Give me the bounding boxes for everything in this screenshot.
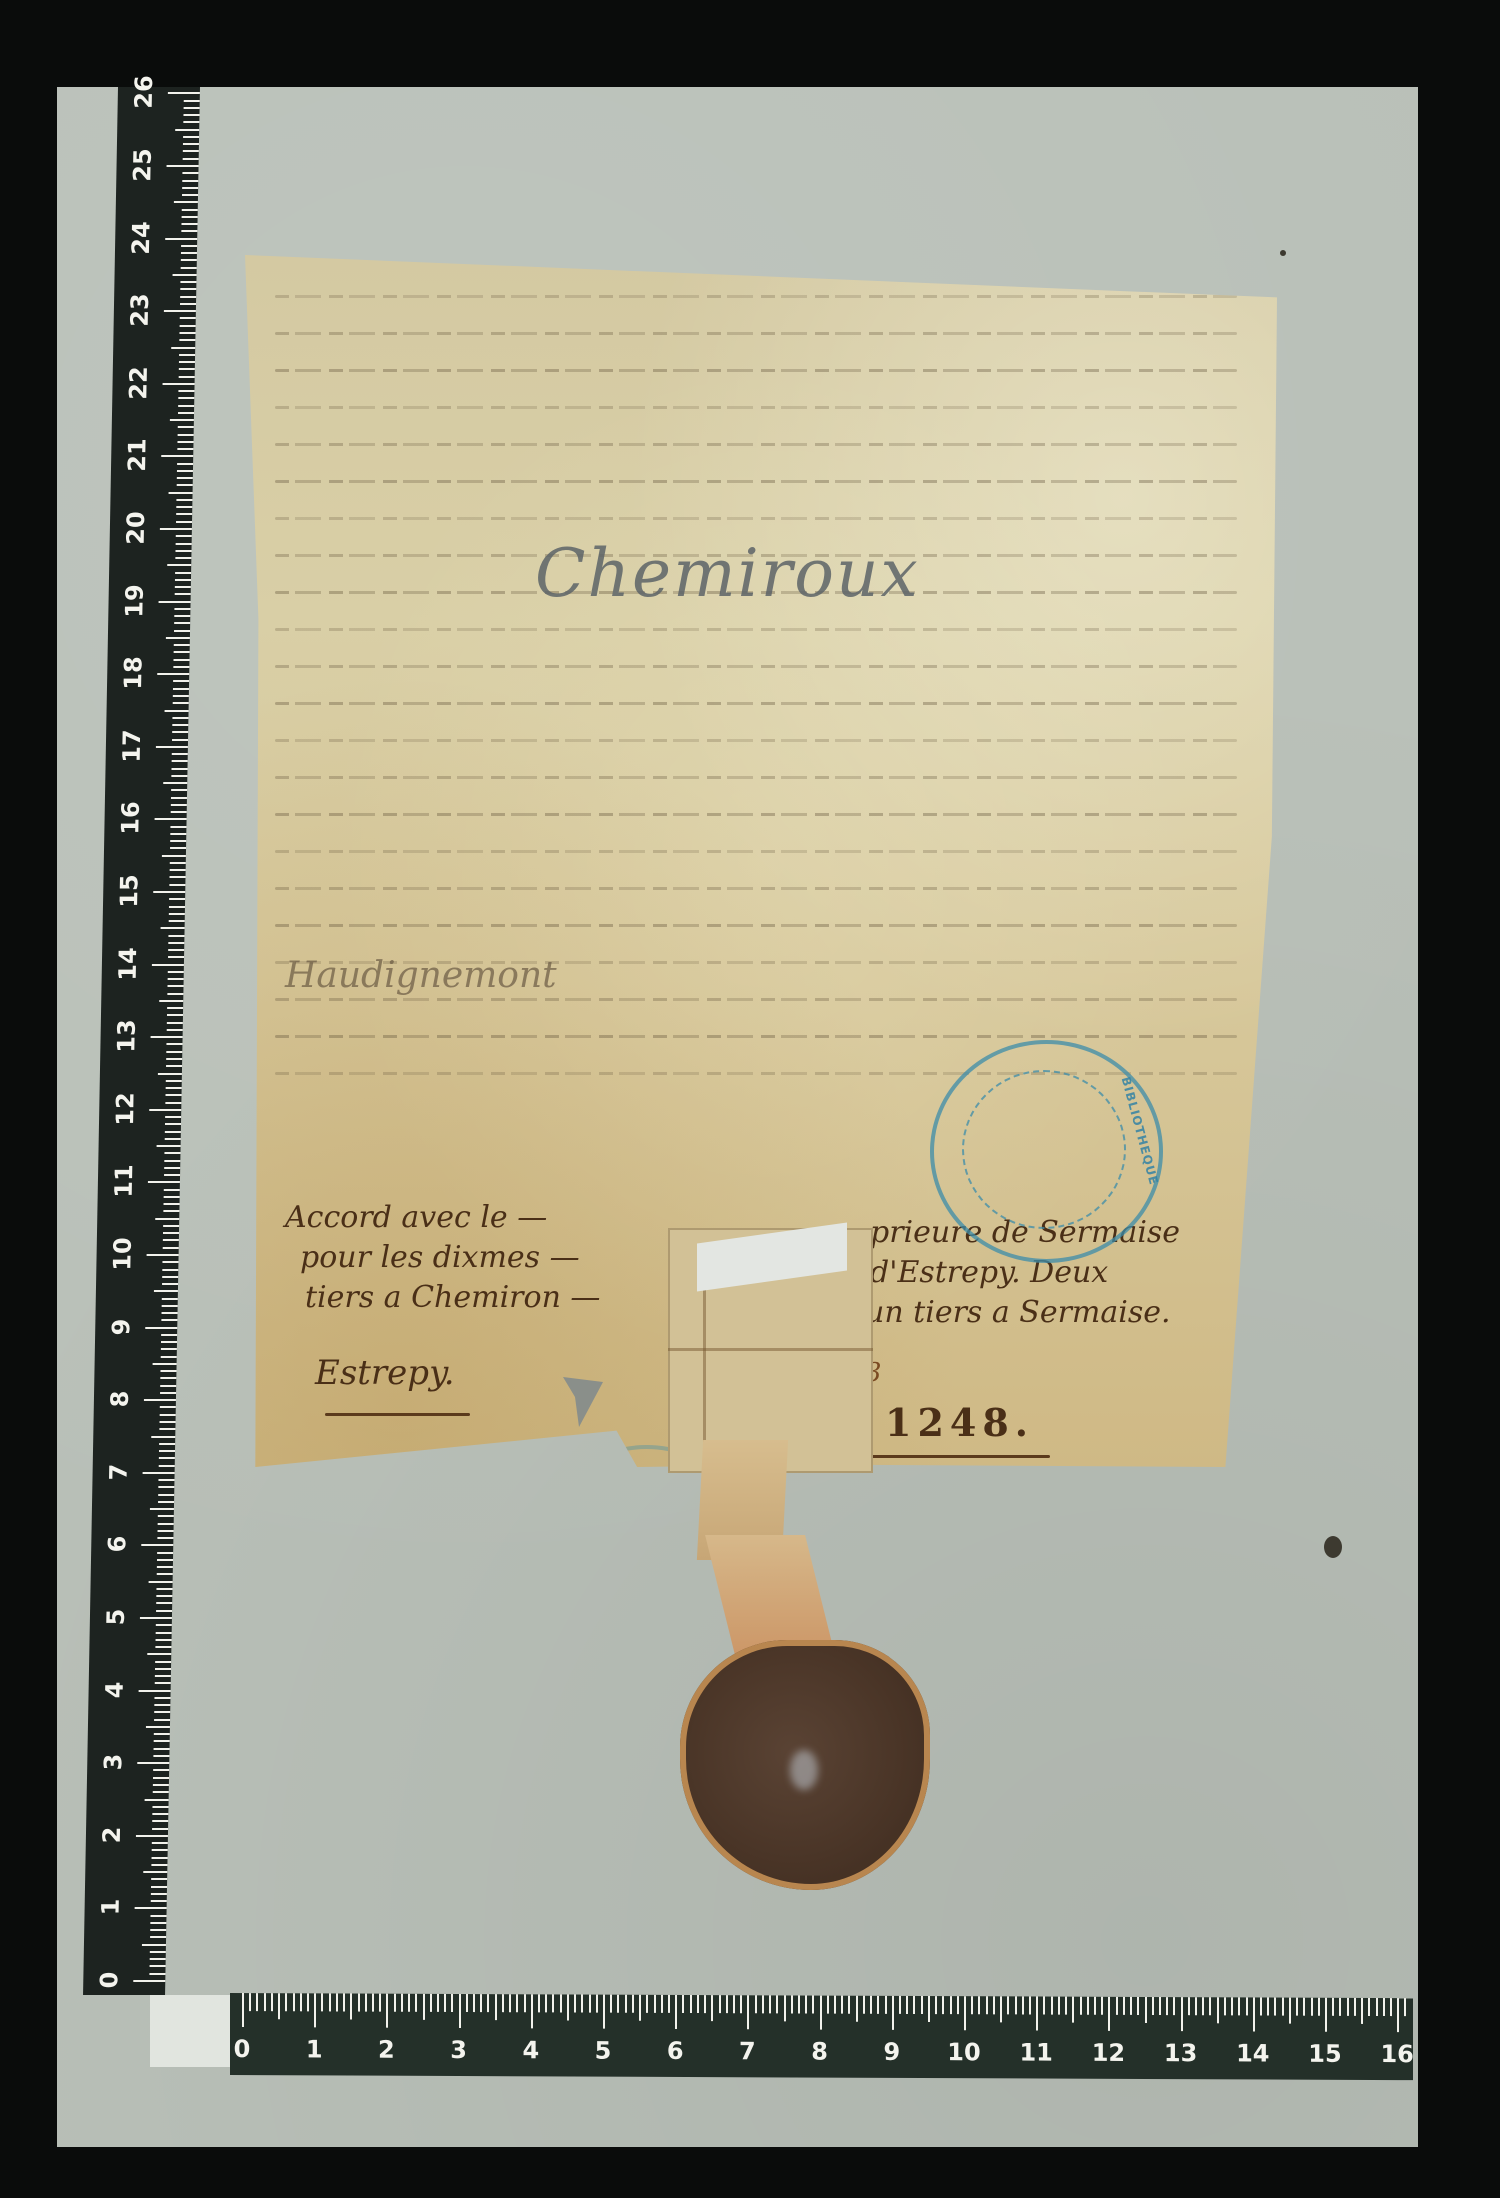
ruler-tick — [1137, 1997, 1139, 2015]
ruler-tick — [159, 1465, 175, 1467]
ruler-tick — [162, 855, 186, 857]
ruler-tick — [1101, 1997, 1103, 2015]
ruler-tick — [172, 760, 188, 762]
ruler-tick — [1195, 1997, 1197, 2015]
ruler-tick — [181, 252, 197, 254]
ruler-tick — [1130, 1997, 1132, 2015]
charter-text-line — [275, 369, 1237, 372]
name-line: Haudignemont — [285, 955, 557, 996]
ruler-tick — [1108, 1997, 1110, 2031]
ruler-tick — [160, 1385, 176, 1387]
ruler-tick — [1354, 1998, 1356, 2016]
ruler-tick — [144, 1399, 176, 1401]
ruler-tick — [1058, 1997, 1060, 2015]
ruler-tick — [157, 1566, 173, 1568]
ruler-tick — [145, 1799, 169, 1801]
ruler-tick — [1282, 1998, 1284, 2016]
annotation-right-line-2: d'Estrepy. Deux — [870, 1255, 1108, 1291]
ruler-tick — [567, 1994, 569, 2020]
ruler-tick — [632, 1995, 634, 2013]
ruler-tick — [437, 1994, 439, 2012]
ruler-tick — [175, 586, 191, 588]
ruler-label: 13 — [1161, 2039, 1201, 2067]
ruler-tick — [167, 1014, 183, 1016]
ruler-tick — [146, 1726, 170, 1728]
dust-speck — [1280, 250, 1286, 256]
ruler-tick — [877, 1996, 879, 2014]
ruler-tick — [153, 1769, 169, 1771]
ruler-tick — [863, 1996, 865, 2014]
ruler-label: 14 — [1233, 2039, 1273, 2067]
ruler-tick — [166, 1051, 182, 1053]
ruler-tick — [183, 158, 199, 160]
ruler-tick — [156, 746, 188, 748]
ruler-tick — [159, 1000, 183, 1002]
ruler-label: 3 — [99, 1742, 128, 1782]
ruler-tick — [167, 165, 199, 167]
ruler-tick — [183, 143, 199, 145]
ruler-tick — [162, 1283, 178, 1285]
ruler-tick — [167, 993, 183, 995]
ruler-label: 9 — [872, 2038, 912, 2066]
ruler-tick — [168, 92, 200, 94]
ruler-tick — [161, 1334, 177, 1336]
ruler-tick — [1007, 1996, 1009, 2014]
ruler-tick — [173, 702, 189, 704]
ruler-tick — [143, 1472, 175, 1474]
ruler-tick — [158, 1501, 174, 1503]
ruler-tick — [178, 390, 194, 392]
ruler-tick — [158, 1494, 174, 1496]
ruler-label: 23 — [126, 290, 155, 330]
ruler-tick — [394, 1994, 396, 2012]
ruler-tick — [172, 731, 188, 733]
ruler-tick — [423, 1994, 425, 2020]
ruler-tick — [668, 1995, 670, 2013]
ruler-tick — [415, 1994, 417, 2012]
ruler-tick — [173, 274, 197, 276]
ruler-tick — [163, 1232, 179, 1234]
ruler-tick — [386, 1994, 388, 2028]
annotation-left-place: Estrepy. — [315, 1355, 455, 1391]
fold-crease — [668, 1348, 873, 1351]
ruler-tick — [166, 1058, 182, 1060]
ruler-tick — [978, 1996, 980, 2014]
ruler-tick — [154, 1711, 170, 1713]
ruler-tick — [171, 347, 195, 349]
ruler-tick — [242, 1993, 244, 2027]
ruler-tick — [168, 956, 184, 958]
ruler-tick — [166, 1065, 182, 1067]
ruler-tick — [589, 1995, 591, 2013]
ruler-tick — [166, 1080, 182, 1082]
ruler-tick — [170, 847, 186, 849]
ruler-tick — [755, 1995, 757, 2013]
ruler-tick — [177, 484, 193, 486]
ruler-tick — [343, 1993, 345, 2011]
ruler-label: 1 — [96, 1887, 125, 1927]
ruler-tick — [178, 434, 194, 436]
ruler-tick — [183, 114, 199, 116]
ruler-tick — [820, 1996, 822, 2030]
ruler-tick — [1145, 1997, 1147, 2023]
ruler-tick — [180, 303, 196, 305]
ruler-tick — [150, 1922, 166, 1924]
ruler-tick — [151, 1878, 167, 1880]
ruler-tick — [158, 1515, 174, 1517]
ruler-tick — [164, 310, 196, 312]
ruler-tick — [177, 477, 193, 479]
ruler-tick — [733, 1995, 735, 2013]
ruler-tick — [1253, 1997, 1255, 2031]
ruler-label: 15 — [115, 871, 144, 911]
ruler-tick — [150, 1929, 166, 1931]
ruler-tick — [175, 129, 199, 131]
ruler-tick — [179, 354, 195, 356]
ruler-tick — [1159, 1997, 1161, 2015]
ruler-tick — [174, 644, 190, 646]
ruler-label: 12 — [111, 1089, 140, 1129]
ruler-label: 2 — [366, 2036, 406, 2064]
ruler-tick — [159, 1450, 175, 1452]
ruler-tick — [171, 797, 187, 799]
ruler-tick — [154, 1704, 170, 1706]
ruler-tick — [171, 804, 187, 806]
charter-text-line — [275, 443, 1237, 446]
ruler-tick — [1152, 1997, 1154, 2015]
ruler-tick — [154, 1733, 170, 1735]
ruler-tick — [169, 884, 185, 886]
ruler-tick — [1181, 1997, 1183, 2031]
annotation-right-line-3: un tiers a Sermaise. — [865, 1295, 1171, 1331]
charter-text-line — [275, 776, 1237, 779]
ruler-tick — [166, 637, 190, 639]
ruler-tick — [661, 1995, 663, 2013]
charter-text-line — [275, 406, 1237, 409]
ruler-tick — [581, 1995, 583, 2013]
ruler-tick — [1043, 1997, 1045, 2015]
ruler-tick — [155, 1675, 171, 1677]
ruler-tick — [168, 935, 184, 937]
ruler-label: 17 — [118, 726, 147, 766]
ruler-tick — [147, 1653, 171, 1655]
ruler-tick — [848, 1996, 850, 2014]
ruler-tick — [171, 789, 187, 791]
ruler-tick — [1209, 1997, 1211, 2015]
ruler-tick — [704, 1995, 706, 2013]
charter-text-line — [275, 998, 1237, 1001]
ruler-tick — [165, 1123, 181, 1125]
ruler-tick — [1022, 1996, 1024, 2014]
ruler-tick — [1361, 1998, 1363, 2024]
ruler-tick — [161, 455, 193, 457]
ruler-tick — [271, 1993, 273, 2011]
ruler-tick — [156, 1624, 172, 1626]
ruler-tick — [1274, 1998, 1276, 2016]
ruler-label: 3 — [439, 2036, 479, 2064]
ruler-tick — [182, 209, 198, 211]
ruler-tick — [473, 1994, 475, 2012]
ruler-tick — [179, 339, 195, 341]
ruler-label: 15 — [1305, 2040, 1345, 2068]
ruler-tick — [153, 891, 185, 893]
ruler-tick — [164, 1203, 180, 1205]
ruler-tick — [711, 1995, 713, 2021]
ruler-tick — [176, 535, 192, 537]
ruler-tick — [154, 1740, 170, 1742]
ruler-tick — [307, 1993, 309, 2011]
ruler-tick — [617, 1995, 619, 2013]
ruler-tick — [1347, 1998, 1349, 2016]
ruler-tick — [158, 1523, 174, 1525]
ruler-tick — [1015, 1996, 1017, 2014]
ruler-tick — [682, 1995, 684, 2013]
ruler-tick — [249, 1993, 251, 2011]
ruler-tick — [1318, 1998, 1320, 2016]
ruler-tick — [150, 1951, 166, 1953]
ruler-tick — [165, 1116, 181, 1118]
ruler-tick — [159, 601, 191, 603]
ruler-tick — [921, 1996, 923, 2014]
ruler-tick — [152, 1820, 168, 1822]
ruler-tick — [157, 1552, 173, 1554]
ruler-tick — [173, 666, 189, 668]
ruler-tick — [350, 1994, 352, 2020]
ruler-tick — [358, 1994, 360, 2012]
ruler-tick — [183, 150, 199, 152]
charter-text-line — [275, 665, 1237, 668]
ruler-tick — [161, 1348, 177, 1350]
ruler-tick — [135, 1907, 167, 1909]
ruler-tick — [165, 238, 197, 240]
charter-text-line — [275, 332, 1237, 335]
charter-text-line — [275, 295, 1237, 298]
ruler-tick — [1296, 1998, 1298, 2016]
ruler-tick — [157, 1559, 173, 1561]
charter-text-line — [275, 739, 1237, 742]
ruler-tick — [164, 1152, 180, 1154]
ruler-tick — [153, 1363, 177, 1365]
ruler-tick — [1188, 1997, 1190, 2015]
ruler-tick — [174, 630, 190, 632]
ruler-label: 6 — [103, 1524, 132, 1564]
ruler-tick — [372, 1994, 374, 2012]
ruler-tick — [480, 1994, 482, 2012]
charter-text-line — [275, 813, 1237, 816]
ruler-tick — [170, 826, 186, 828]
ruler-tick — [1036, 1997, 1038, 2031]
ruler-tick — [610, 1995, 612, 2013]
ruler-label: 0 — [95, 1960, 124, 2000]
ruler-tick — [162, 1312, 178, 1314]
ruler-tick — [516, 1994, 518, 2012]
ruler-tick — [1303, 1998, 1305, 2016]
ruler-tick — [173, 680, 189, 682]
charter-text-line — [275, 924, 1237, 927]
ruler-tick — [150, 1936, 166, 1938]
ruler-tick — [156, 1602, 172, 1604]
ruler-tick — [179, 368, 195, 370]
ruler-tick — [154, 1290, 178, 1292]
ruler-label: 14 — [114, 944, 143, 984]
ruler-tick — [1087, 1997, 1089, 2015]
ruler-tick — [157, 1537, 173, 1539]
ruler-tick — [160, 1377, 176, 1379]
ruler-tick — [762, 1995, 764, 2013]
stamp-inner-ring — [962, 1070, 1126, 1229]
ruler-tick — [170, 833, 186, 835]
ruler-tick — [164, 1174, 180, 1176]
ruler-tick — [161, 927, 185, 929]
ruler-tick — [639, 1995, 641, 2021]
ruler-tick — [935, 1996, 937, 2014]
ruler-tick — [430, 1994, 432, 2012]
ruler-label: 16 — [116, 798, 145, 838]
ruler-tick — [1260, 1997, 1262, 2015]
ruler-tick — [487, 1994, 489, 2012]
ruler-tick — [174, 651, 190, 653]
ruler-tick — [133, 1980, 165, 1982]
ruler-tick — [174, 608, 190, 610]
ruler-tick — [1116, 1997, 1118, 2015]
ruler-tick — [314, 1993, 316, 2027]
ruler-tick — [180, 296, 196, 298]
ruler-tick — [726, 1995, 728, 2013]
ruler-tick — [172, 724, 188, 726]
ruler-tick — [176, 543, 192, 545]
ruler-tick — [169, 913, 185, 915]
ruler-tick — [1072, 1997, 1074, 2023]
ruler-tick — [142, 1944, 166, 1946]
ruler-tick — [149, 1973, 165, 1975]
ruler-tick — [164, 1196, 180, 1198]
ruler-tick — [1238, 1997, 1240, 2015]
ruler-tick — [169, 492, 193, 494]
ruler-label: 10 — [944, 2038, 984, 2066]
ruler-tick — [178, 405, 194, 407]
ruler-tick — [812, 1996, 814, 2014]
ruler-tick — [141, 1544, 173, 1546]
ruler-tick — [293, 1993, 295, 2011]
ruler-tick — [157, 1573, 173, 1575]
ruler-tick — [1094, 1997, 1096, 2015]
ruler-label: 11 — [110, 1161, 139, 1201]
ruler-tick — [152, 964, 184, 966]
ruler-tick — [784, 1995, 786, 2021]
ruler-tick — [740, 1995, 742, 2013]
ruler-tick — [906, 1996, 908, 2014]
ruler-tick — [175, 593, 191, 595]
ruler-tick — [167, 1022, 183, 1024]
ruler-tick — [177, 463, 193, 465]
ruler-tick — [172, 753, 188, 755]
ruler-tick — [172, 739, 188, 741]
ruler-tick — [892, 1996, 894, 2030]
ruler-tick — [154, 1697, 170, 1699]
ruler-tick — [182, 187, 198, 189]
ruler-tick — [161, 1356, 177, 1358]
ruler-tick — [170, 419, 194, 421]
ruler-tick — [1000, 1996, 1002, 2022]
ruler-tick — [899, 1996, 901, 2014]
ruler-tick — [1065, 1997, 1067, 2015]
ruler-tick — [174, 201, 198, 203]
ruler-tick — [152, 1813, 168, 1815]
ruler-tick — [603, 1995, 605, 2029]
ruler-tick — [538, 1994, 540, 2012]
ruler-tick — [164, 1160, 180, 1162]
ruler-tick — [177, 441, 193, 443]
ruler-tick — [156, 1639, 172, 1641]
ruler-label: 26 — [130, 72, 159, 112]
ruler-tick — [160, 1414, 176, 1416]
ruler-tick — [179, 332, 195, 334]
charter-year: 1248. — [885, 1405, 1034, 1441]
ruler-tick — [136, 1835, 168, 1837]
ruler-tick — [140, 1617, 172, 1619]
ruler-tick — [162, 1298, 178, 1300]
ruler-label: 4 — [511, 2036, 551, 2064]
ruler-tick — [139, 1690, 171, 1692]
library-stamp-right: BIBLIOTHEQUE — [930, 1040, 1163, 1263]
ruler-tick — [1390, 1998, 1392, 2016]
ruler-tick — [1051, 1997, 1053, 2015]
ruler-tick — [176, 521, 192, 523]
ruler-tick — [161, 1341, 177, 1343]
ruler-tick — [152, 1842, 168, 1844]
ruler-tick — [170, 862, 186, 864]
ruler-label: 1 — [294, 2035, 334, 2063]
ruler-tick — [143, 1871, 167, 1873]
ruler-tick — [163, 1210, 179, 1212]
ruler-tick — [502, 1994, 504, 2012]
ruler-tick — [159, 1428, 175, 1430]
ruler-tick — [175, 550, 191, 552]
ruler-tick — [1383, 1998, 1385, 2016]
annotation-left-line-1: Accord avec le — — [285, 1200, 547, 1236]
ruler-tick — [168, 978, 184, 980]
charter-text-line — [275, 628, 1237, 631]
ruler-tick — [150, 1958, 166, 1960]
ruler-tick — [178, 397, 194, 399]
ruler-tick — [1202, 1997, 1204, 2015]
ruler-tick — [885, 1996, 887, 2014]
ruler-label: 9 — [107, 1307, 136, 1347]
ruler-tick — [552, 1994, 554, 2012]
ruler-tick — [675, 1995, 677, 2029]
ruler-tick — [827, 1996, 829, 2014]
ruler-tick — [162, 1261, 178, 1263]
ruler-label: 20 — [122, 508, 151, 548]
ruler-tick — [184, 100, 200, 102]
ruler-tick — [182, 172, 198, 174]
ruler-tick — [178, 426, 194, 428]
ruler-label: 7 — [727, 2037, 767, 2065]
ruler-tick — [950, 1996, 952, 2014]
ruler-tick — [791, 1995, 793, 2013]
ruler-label: 8 — [800, 2037, 840, 2065]
ruler-tick — [466, 1994, 468, 2012]
ruler-tick — [160, 1370, 176, 1372]
ruler-tick — [150, 1915, 166, 1917]
ruler-tick — [164, 1167, 180, 1169]
ruler-tick — [697, 1995, 699, 2013]
ruler-tick — [459, 1994, 461, 2028]
ruler-tick — [321, 1993, 323, 2011]
ruler-tick — [180, 288, 196, 290]
ruler-tick — [365, 1994, 367, 2012]
ruler-tick — [167, 1029, 183, 1031]
